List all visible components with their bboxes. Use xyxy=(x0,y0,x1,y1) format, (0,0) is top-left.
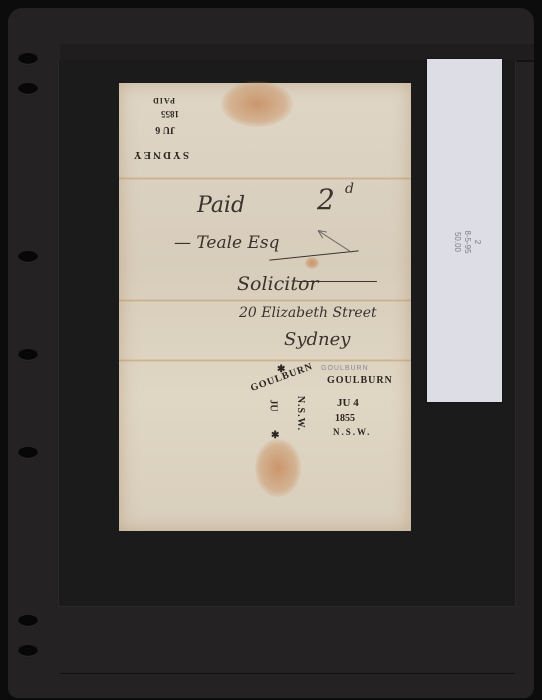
binder-hole xyxy=(18,83,38,95)
manuscript-paid: Paid xyxy=(197,193,245,218)
manuscript-city: Sydney xyxy=(284,329,350,350)
fold-line xyxy=(119,177,411,180)
postmark-paid: PAID xyxy=(152,96,175,105)
manuscript-addressee: — Teale Esq xyxy=(174,233,280,253)
postmark-ring-text: GOULBURN xyxy=(327,375,393,386)
wax-seal-stain xyxy=(221,81,293,127)
sydney-postmark: SYDNEY JU 6 1855 PAID xyxy=(127,89,201,163)
postmark-ring-text: SYDNEY xyxy=(132,149,189,161)
postmark-date: JU 6 xyxy=(155,124,175,135)
goulburn-postmark-right: GOULBURN JU 4 1855 N.S.W. xyxy=(315,371,389,445)
manuscript-flourish xyxy=(297,281,377,282)
postmark-year: 1855 xyxy=(335,413,355,424)
note-line-1: 2 xyxy=(472,212,482,272)
postmark-sub-text: N.S.W. xyxy=(295,396,306,431)
wax-seal-stain xyxy=(255,439,301,497)
pocket-strip-bottom xyxy=(60,673,515,674)
fold-line xyxy=(119,359,411,362)
dealer-note-card: 2 8-5-95 50.00 xyxy=(427,59,502,402)
postmark-date: JU xyxy=(268,399,279,411)
manuscript-rate-suffix: d xyxy=(345,181,354,197)
dealer-note-text: 2 8-5-95 50.00 xyxy=(452,212,482,272)
binder-hole xyxy=(18,349,38,361)
manuscript-rate: 2 xyxy=(317,183,335,216)
fold-line xyxy=(119,299,411,302)
postmark-date: JU 4 xyxy=(337,397,359,409)
manuscript-occupation: Solicitor xyxy=(237,273,318,295)
note-line-2: 8-5-95 xyxy=(462,212,472,272)
postmark-star: ✱ xyxy=(271,430,279,441)
postmark-star: ✱ xyxy=(277,364,285,375)
binder-hole xyxy=(18,251,38,263)
postmark-year: 1855 xyxy=(161,109,179,119)
binder-hole xyxy=(18,53,38,65)
postal-cover: SYDNEY JU 6 1855 PAID Paid 2 d — Teale E… xyxy=(119,83,411,531)
note-line-3: 50.00 xyxy=(452,212,462,272)
postmark-sub-text: N.S.W. xyxy=(333,427,371,437)
album-footer-text: · · · · · · · · · · · · · · · · · · · · … xyxy=(32,688,512,698)
binder-hole xyxy=(18,447,38,459)
manuscript-street: 20 Elizabeth Street xyxy=(239,305,377,321)
binder-hole xyxy=(18,615,38,627)
foxing-spot xyxy=(305,257,319,269)
binder-hole xyxy=(18,645,38,657)
goulburn-postmark-left: GOULBURN JU N.S.W. ✱ ✱ xyxy=(241,366,317,442)
